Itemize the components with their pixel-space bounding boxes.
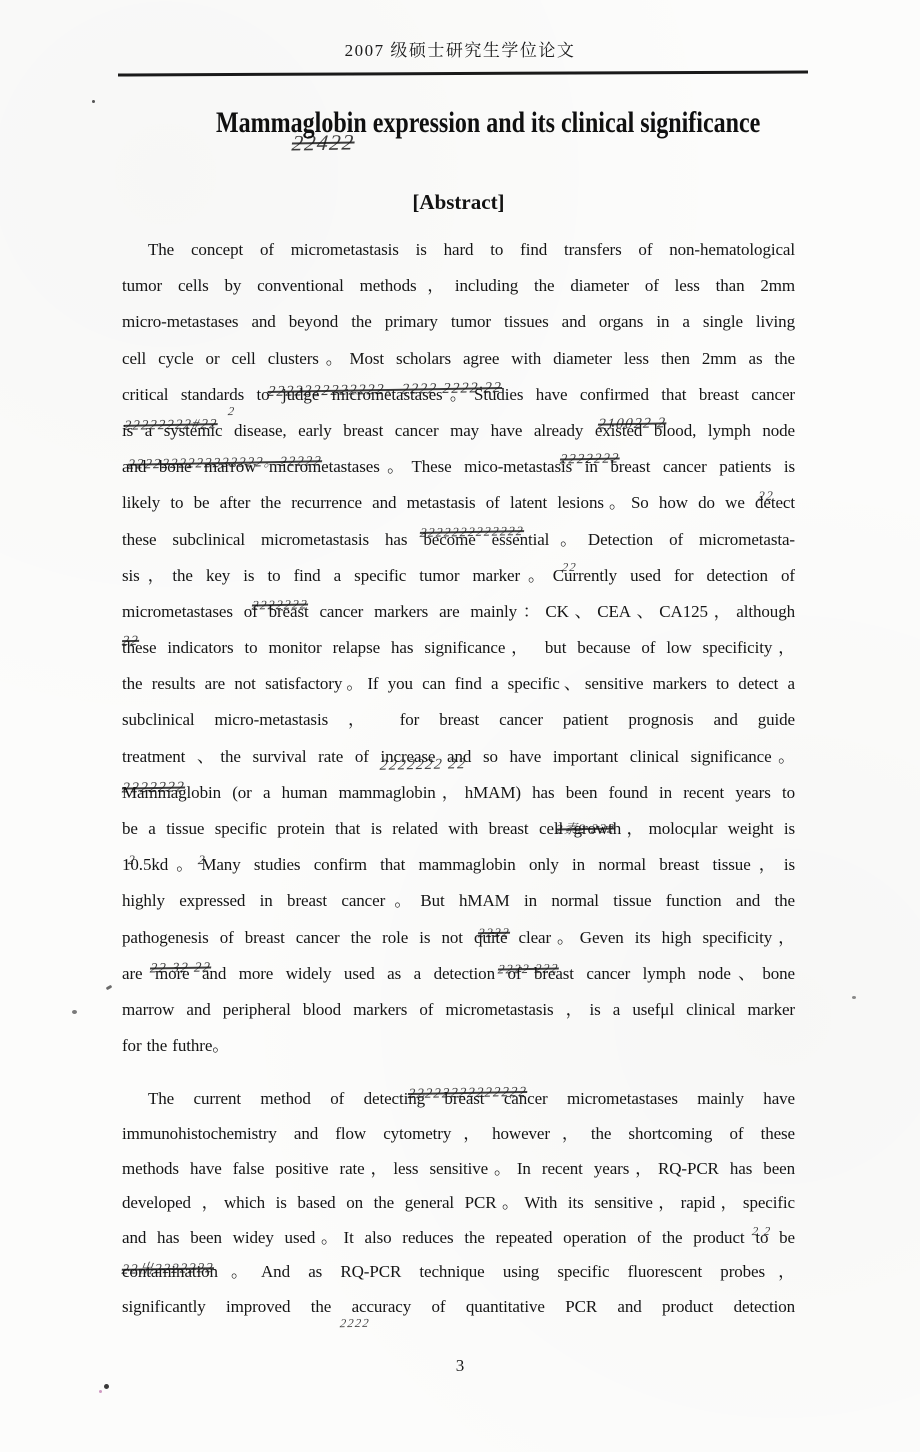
text-line: cell cycle or cell clusters。Most scholar… — [122, 341, 795, 377]
text-line: micro-metastases and beyond the primary … — [122, 304, 795, 340]
text-line: be a tissue specific protein that is rel… — [122, 811, 795, 847]
abstract-paragraph-1: The concept of micrometastasis is hard t… — [122, 232, 795, 1064]
text-line: Mammaglobin (or a human mammaglobin，hMAM… — [122, 775, 795, 811]
scan-speck — [72, 1010, 77, 1014]
abstract-body: The concept of micrometastasis is hard t… — [122, 232, 795, 1324]
text-line: subclinical micro-metastasis ， for breas… — [122, 702, 795, 738]
text-line: significantly improved the accuracy of q… — [122, 1290, 795, 1325]
text-line: highly expressed in breast cancer。But hM… — [122, 883, 795, 919]
abstract-heading: [Abstract] — [122, 190, 795, 215]
text-line: marrow and peripheral blood markers of m… — [122, 992, 795, 1028]
text-line: The current method of detecting breast c… — [122, 1082, 795, 1117]
text-line: treatment 、the survival rate of increase… — [122, 739, 795, 775]
text-line: these indicators to monitor relapse has … — [122, 630, 795, 666]
text-line: are more and more widely used as a detec… — [122, 956, 795, 992]
text-line: pathogenesis of breast cancer the role i… — [122, 920, 795, 956]
text-line: for the futhre。 — [122, 1028, 795, 1064]
text-line: methods have false positive rate，less se… — [122, 1152, 795, 1187]
text-line: and bone marrow micrometastases。These mi… — [122, 449, 795, 485]
page-number: 3 — [0, 1356, 920, 1376]
abstract-paragraph-2: The current method of detecting breast c… — [122, 1082, 795, 1324]
scan-speck — [852, 996, 856, 999]
text-line: these subclinical micrometastasis has be… — [122, 522, 795, 558]
text-line: developed ，which is based on the general… — [122, 1186, 795, 1221]
text-line: immunohistochemistry and flow cytometry，… — [122, 1117, 795, 1152]
text-line: and has been widey used。It also reduces … — [122, 1221, 795, 1256]
text-line: tumor cells by conventional methods，incl… — [122, 268, 795, 304]
text-line: 10.5kd。Many studies confirm that mammagl… — [122, 847, 795, 883]
page-header: 2007 级硕士研究生学位论文 — [0, 36, 920, 61]
scan-speck — [92, 100, 95, 103]
header-rule — [118, 70, 808, 76]
text-line: contamination。And as RQ-PCR technique us… — [122, 1255, 795, 1290]
thesis-title: Mammaglobin expression and its clinical … — [148, 106, 740, 140]
text-line: is a systemic disease, early breast canc… — [122, 413, 795, 449]
text-line: micrometastases of breast cancer markers… — [122, 594, 795, 630]
text-line: sis，the key is to find a specific tumor … — [122, 558, 795, 594]
text-line: likely to be after the recurrence and me… — [122, 485, 795, 521]
scanned-thesis-page: 2007 级硕士研究生学位论文 Mammaglobin expression a… — [0, 0, 920, 1452]
thesis-title-text: Mammaglobin expression and its clinical … — [216, 106, 760, 140]
scan-speck — [104, 1384, 109, 1389]
text-line: critical standards to judge micrometasta… — [122, 377, 795, 413]
text-line: The concept of micrometastasis is hard t… — [122, 232, 795, 268]
text-line: the results are not satisfactory。If you … — [122, 666, 795, 702]
scan-speck — [99, 1390, 102, 1393]
scan-speck — [106, 985, 113, 991]
